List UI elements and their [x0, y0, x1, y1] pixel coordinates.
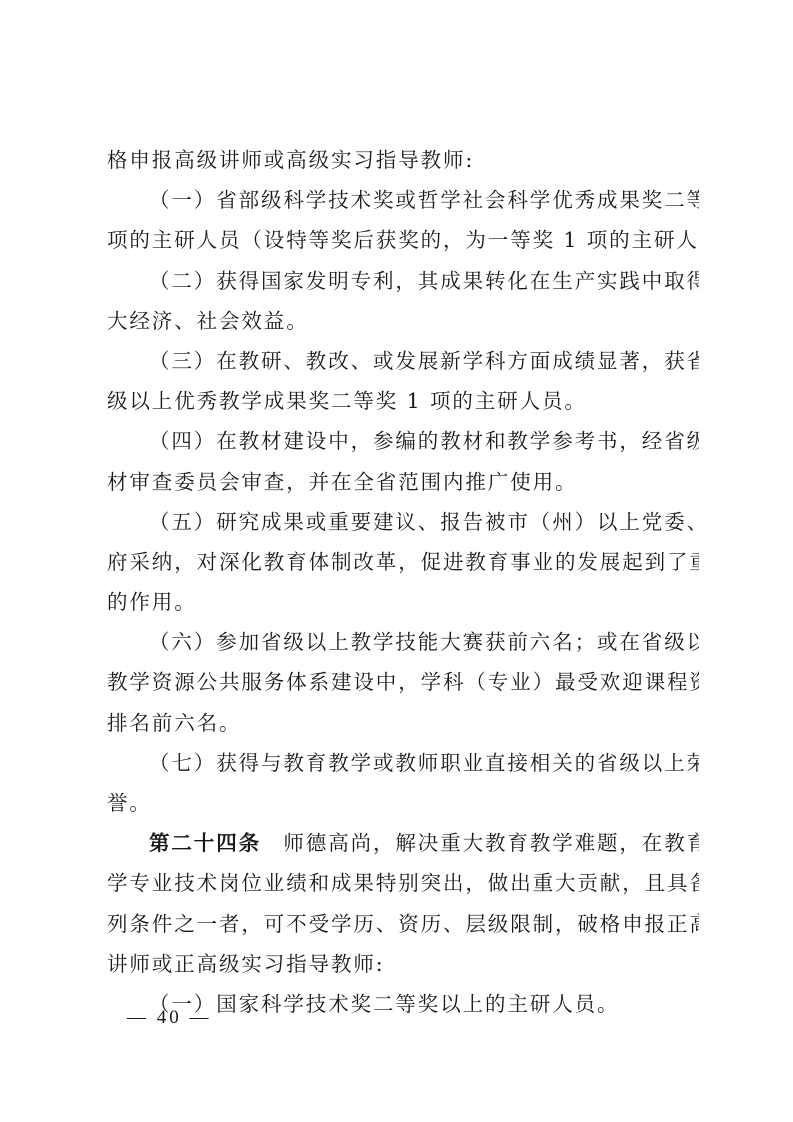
- text-line: 级以上优秀教学成果奖二等奖 1 项的主研人员。: [107, 381, 699, 421]
- list-item-3: （三）在教研、教改、或发展新学科方面成绩显著，获省部: [107, 341, 699, 381]
- list-item-2: （二）获得国家发明专利，其成果转化在生产实践中取得重: [107, 261, 699, 301]
- text-line: 排名前六名。: [107, 703, 699, 743]
- text-line: 大经济、社会效益。: [107, 301, 699, 341]
- list-item-5: （五）研究成果或重要建议、报告被市（州）以上党委、政: [107, 502, 699, 542]
- text-line: 材审查委员会审查，并在全省范围内推广使用。: [107, 462, 699, 502]
- list-item-6: （六）参加省级以上教学技能大赛获前六名；或在省级以上: [107, 622, 699, 662]
- text-line: 列条件之一者，可不受学历、资历、层级限制，破格申报正高级: [107, 904, 699, 944]
- text-line: 学专业技术岗位业绩和成果特别突出，做出重大贡献，且具备下: [107, 863, 699, 903]
- article-text: 师德高尚，解决重大教育教学难题，在教育教: [261, 831, 699, 855]
- text-line: 的作用。: [107, 582, 699, 622]
- article-label: 第二十四条: [149, 831, 261, 855]
- text-line: 府采纳，对深化教育体制改革，促进教育事业的发展起到了重要: [107, 542, 699, 582]
- text-line: 誉。: [107, 783, 699, 823]
- article-24-first-line: 第二十四条 师德高尚，解决重大教育教学难题，在教育教: [107, 823, 699, 863]
- text-line: 格申报高级讲师或高级实习指导教师:: [107, 140, 699, 180]
- list-item-1: （一）省部级科学技术奖或哲学社会科学优秀成果奖二等奖: [107, 180, 699, 220]
- text-line: 讲师或正高级实习指导教师:: [107, 944, 699, 984]
- page-number: — 40 —: [127, 1003, 212, 1033]
- text-line: 教学资源公共服务体系建设中，学科（专业）最受欢迎课程资源: [107, 662, 699, 702]
- list-item-4: （四）在教材建设中，参编的教材和教学参考书，经省级教: [107, 421, 699, 461]
- document-body: 格申报高级讲师或高级实习指导教师: （一）省部级科学技术奖或哲学社会科学优秀成果…: [107, 140, 699, 1024]
- text-line: 项的主研人员（设特等奖后获奖的，为一等奖 1 项的主研人员）。: [107, 220, 699, 260]
- list-item-7: （七）获得与教育教学或教师职业直接相关的省级以上荣: [107, 743, 699, 783]
